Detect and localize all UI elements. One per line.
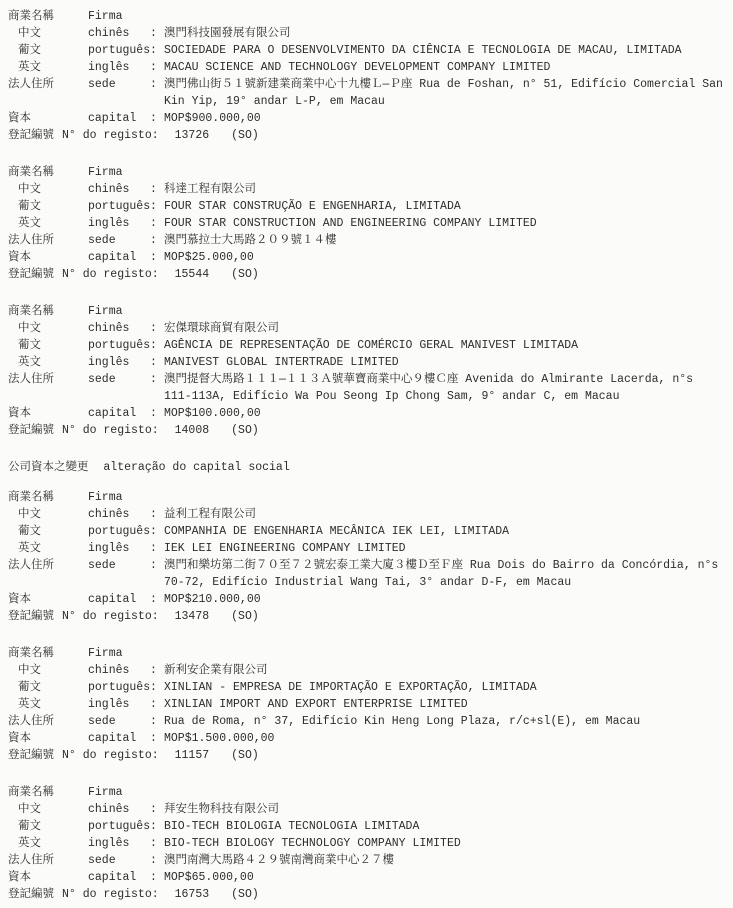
company-name-pt: BIO-TECH BIOLOGIA TECNOLOGIA LIMITADA	[164, 818, 727, 835]
english-label-zh: 英文	[8, 835, 88, 852]
registration-code: (SO)	[231, 886, 259, 903]
portuguese-label-zh: 葡文	[8, 337, 88, 354]
capital-label-zh: 資本	[8, 249, 88, 266]
capital-row: 資本 capital : MOP$1.500.000,00	[8, 730, 727, 747]
registration-label-pt: N° do registo:	[62, 608, 159, 625]
section-heading-pt: alteração do capital social	[103, 461, 289, 474]
company-name-en: MACAU SCIENCE AND TECHNOLOGY DEVELOPMENT…	[164, 59, 727, 76]
firm-label-pt: Firma	[88, 8, 150, 25]
colon: :	[150, 354, 164, 371]
capital-row: 資本 capital : MOP$25.000,00	[8, 249, 727, 266]
portuguese-name-row: 葡文 português : SOCIEDADE PARA O DESENVOL…	[8, 42, 727, 59]
firm-label-zh: 商業名稱	[8, 489, 88, 506]
address-label-zh: 法人住所	[8, 557, 88, 574]
company-address: Rua de Roma, n° 37, Edifício Kin Heng Lo…	[164, 713, 727, 730]
chinese-label-pt: chinês	[88, 662, 150, 679]
address-label-pt: sede	[88, 232, 150, 249]
colon: :	[150, 371, 164, 388]
address-label-pt: sede	[88, 371, 150, 388]
firm-label-zh: 商業名稱	[8, 784, 88, 801]
colon: :	[150, 76, 164, 93]
colon: :	[150, 249, 164, 266]
firm-label-pt: Firma	[88, 164, 150, 181]
company-address: 澳門慕拉士大馬路２０９號１４樓	[164, 232, 727, 249]
registration-label-pt: N° do registo:	[62, 127, 159, 144]
english-label-pt: inglês	[88, 215, 150, 232]
colon: :	[150, 405, 164, 422]
colon: :	[150, 198, 164, 215]
english-name-row: 英文 inglês : MACAU SCIENCE AND TECHNOLOGY…	[8, 59, 727, 76]
address-row: 法人住所 sede : 澳門和樂坊第二街７０至７２號宏泰工業大廈３樓Ｄ至Ｆ座 R…	[8, 557, 727, 591]
english-name-row: 英文 inglês : IEK LEI ENGINEERING COMPANY …	[8, 540, 727, 557]
capital-label-zh: 資本	[8, 730, 88, 747]
registration-label-zh: 登記編號	[8, 422, 62, 439]
portuguese-label-zh: 葡文	[8, 679, 88, 696]
address-label-zh: 法人住所	[8, 852, 88, 869]
english-name-row: 英文 inglês : FOUR STAR CONSTRUCTION AND E…	[8, 215, 727, 232]
address-row: 法人住所 sede : 澳門慕拉士大馬路２０９號１４樓	[8, 232, 727, 249]
registration-label-zh: 登記編號	[8, 266, 62, 283]
portuguese-label-zh: 葡文	[8, 818, 88, 835]
english-label-pt: inglês	[88, 696, 150, 713]
address-row: 法人住所 sede : Rua de Roma, n° 37, Edifício…	[8, 713, 727, 730]
registration-number: 13478	[175, 608, 210, 625]
chinese-name-row: 中文 chinês : 拜安生物科技有限公司	[8, 801, 727, 818]
company-name-zh: 宏傑環球商貿有限公司	[164, 320, 727, 337]
company-name-en: IEK LEI ENGINEERING COMPANY LIMITED	[164, 540, 727, 557]
capital-label-pt: capital	[88, 730, 150, 747]
company-record: 商業名稱 Firma 中文 chinês : 澳門科技園發展有限公司 葡文 po…	[8, 8, 727, 144]
portuguese-name-row: 葡文 português : BIO-TECH BIOLOGIA TECNOLO…	[8, 818, 727, 835]
capital-row: 資本 capital : MOP$65.000,00	[8, 869, 727, 886]
address-label-zh: 法人住所	[8, 76, 88, 93]
company-address: 澳門佛山街５１號新建業商業中心十九樓Ｌ—Ｐ座 Rua de Foshan, n°…	[164, 76, 727, 110]
firm-row: 商業名稱 Firma	[8, 489, 727, 506]
company-address: 澳門和樂坊第二街７０至７２號宏泰工業大廈３樓Ｄ至Ｆ座 Rua Dois do B…	[164, 557, 727, 591]
registration-code: (SO)	[231, 127, 259, 144]
company-record: 商業名稱 Firma 中文 chinês : 新利安企業有限公司 葡文 port…	[8, 645, 727, 764]
firm-row: 商業名稱 Firma	[8, 164, 727, 181]
registration-code: (SO)	[231, 266, 259, 283]
company-name-pt: SOCIEDADE PARA O DESENVOLVIMENTO DA CIÊN…	[164, 42, 727, 59]
colon: :	[150, 835, 164, 852]
registration-label-zh: 登記編號	[8, 747, 62, 764]
colon: :	[150, 869, 164, 886]
company-address: 澳門提督大馬路１１１—１１３Ａ號華寶商業中心９樓Ｃ座 Avenida do Al…	[164, 371, 727, 405]
company-name-zh: 科達工程有限公司	[164, 181, 727, 198]
chinese-label-pt: chinês	[88, 320, 150, 337]
address-row: 法人住所 sede : 澳門提督大馬路１１１—１１３Ａ號華寶商業中心９樓Ｃ座 A…	[8, 371, 727, 405]
colon: :	[150, 215, 164, 232]
english-name-row: 英文 inglês : XINLIAN IMPORT AND EXPORT EN…	[8, 696, 727, 713]
chinese-label-zh: 中文	[8, 506, 88, 523]
firm-label-pt: Firma	[88, 489, 150, 506]
chinese-label-zh: 中文	[8, 801, 88, 818]
company-record: 商業名稱 Firma 中文 chinês : 益利工程有限公司 葡文 portu…	[8, 489, 727, 625]
chinese-label-pt: chinês	[88, 181, 150, 198]
company-name-pt: XINLIAN - EMPRESA DE IMPORTAÇÃO E EXPORT…	[164, 679, 727, 696]
registration-code: (SO)	[231, 422, 259, 439]
company-name-en: FOUR STAR CONSTRUCTION AND ENGINEERING C…	[164, 215, 727, 232]
company-record: 商業名稱 Firma 中文 chinês : 宏傑環球商貿有限公司 葡文 por…	[8, 303, 727, 439]
registration-row: 登記編號 N° do registo: 13478 (SO)	[8, 608, 727, 625]
colon: :	[150, 801, 164, 818]
registration-number: 16753	[175, 886, 210, 903]
registration-code: (SO)	[231, 608, 259, 625]
portuguese-label-pt: português	[88, 523, 150, 540]
company-name-pt: AGÊNCIA DE REPRESENTAÇÃO DE COMÉRCIO GER…	[164, 337, 727, 354]
firm-label-zh: 商業名稱	[8, 645, 88, 662]
firm-row: 商業名稱 Firma	[8, 645, 727, 662]
portuguese-label-pt: português	[88, 679, 150, 696]
company-name-pt: FOUR STAR CONSTRUÇÃO E ENGENHARIA, LIMIT…	[164, 198, 727, 215]
chinese-label-zh: 中文	[8, 320, 88, 337]
registration-row: 登記編號 N° do registo: 11157 (SO)	[8, 747, 727, 764]
english-label-pt: inglês	[88, 540, 150, 557]
capital-label-pt: capital	[88, 249, 150, 266]
registration-number: 11157	[175, 747, 210, 764]
registration-label-pt: N° do registo:	[62, 747, 159, 764]
company-name-en: MANIVEST GLOBAL INTERTRADE LIMITED	[164, 354, 727, 371]
company-capital: MOP$25.000,00	[164, 249, 727, 266]
capital-row: 資本 capital : MOP$100.000,00	[8, 405, 727, 422]
portuguese-label-pt: português	[88, 818, 150, 835]
capital-label-pt: capital	[88, 591, 150, 608]
colon: :	[150, 662, 164, 679]
english-label-zh: 英文	[8, 59, 88, 76]
chinese-label-zh: 中文	[8, 25, 88, 42]
registration-label-pt: N° do registo:	[62, 266, 159, 283]
firm-label-zh: 商業名稱	[8, 8, 88, 25]
firm-label-pt: Firma	[88, 303, 150, 320]
english-label-zh: 英文	[8, 215, 88, 232]
registration-number: 14008	[175, 422, 210, 439]
english-name-row: 英文 inglês : MANIVEST GLOBAL INTERTRADE L…	[8, 354, 727, 371]
firm-label-pt: Firma	[88, 784, 150, 801]
english-label-zh: 英文	[8, 696, 88, 713]
capital-label-zh: 資本	[8, 869, 88, 886]
english-name-row: 英文 inglês : BIO-TECH BIOLOGY TECHNOLOGY …	[8, 835, 727, 852]
capital-label-zh: 資本	[8, 405, 88, 422]
chinese-label-zh: 中文	[8, 662, 88, 679]
colon: :	[150, 523, 164, 540]
address-label-pt: sede	[88, 557, 150, 574]
capital-row: 資本 capital : MOP$210.000,00	[8, 591, 727, 608]
portuguese-label-pt: português	[88, 337, 150, 354]
registration-number: 15544	[175, 266, 210, 283]
english-label-zh: 英文	[8, 354, 88, 371]
company-capital: MOP$100.000,00	[164, 405, 727, 422]
english-label-pt: inglês	[88, 354, 150, 371]
registration-code: (SO)	[231, 747, 259, 764]
section-heading-zh: 公司資本之變更	[8, 461, 89, 474]
registration-label-pt: N° do registo:	[62, 886, 159, 903]
capital-label-zh: 資本	[8, 110, 88, 127]
portuguese-label-zh: 葡文	[8, 523, 88, 540]
address-label-zh: 法人住所	[8, 232, 88, 249]
registration-row: 登記編號 N° do registo: 13726 (SO)	[8, 127, 727, 144]
colon: :	[150, 320, 164, 337]
address-row: 法人住所 sede : 澳門佛山街５１號新建業商業中心十九樓Ｌ—Ｐ座 Rua d…	[8, 76, 727, 110]
firm-label-zh: 商業名稱	[8, 164, 88, 181]
registration-label-zh: 登記編號	[8, 608, 62, 625]
chinese-name-row: 中文 chinês : 澳門科技園發展有限公司	[8, 25, 727, 42]
portuguese-label-zh: 葡文	[8, 198, 88, 215]
capital-row: 資本 capital : MOP$900.000,00	[8, 110, 727, 127]
registration-number: 13726	[175, 127, 210, 144]
company-name-en: XINLIAN IMPORT AND EXPORT ENTERPRISE LIM…	[164, 696, 727, 713]
company-name-zh: 新利安企業有限公司	[164, 662, 727, 679]
english-label-zh: 英文	[8, 540, 88, 557]
chinese-label-pt: chinês	[88, 801, 150, 818]
colon: :	[150, 679, 164, 696]
company-record: 商業名稱 Firma 中文 chinês : 科達工程有限公司 葡文 portu…	[8, 164, 727, 283]
registration-label-zh: 登記編號	[8, 127, 62, 144]
colon: :	[150, 110, 164, 127]
colon: :	[150, 696, 164, 713]
firm-row: 商業名稱 Firma	[8, 303, 727, 320]
firm-label-pt: Firma	[88, 645, 150, 662]
colon: :	[150, 818, 164, 835]
colon: :	[150, 713, 164, 730]
company-name-pt: COMPANHIA DE ENGENHARIA MECÂNICA IEK LEI…	[164, 523, 727, 540]
colon: :	[150, 852, 164, 869]
registration-row: 登記編號 N° do registo: 16753 (SO)	[8, 886, 727, 903]
colon: :	[150, 730, 164, 747]
registration-label-zh: 登記編號	[8, 886, 62, 903]
company-record: 商業名稱 Firma 中文 chinês : 拜安生物科技有限公司 葡文 por…	[8, 784, 727, 903]
registration-row: 登記編號 N° do registo: 14008 (SO)	[8, 422, 727, 439]
company-name-zh: 拜安生物科技有限公司	[164, 801, 727, 818]
firm-row: 商業名稱 Firma	[8, 784, 727, 801]
company-capital: MOP$900.000,00	[164, 110, 727, 127]
address-label-pt: sede	[88, 713, 150, 730]
portuguese-name-row: 葡文 português : XINLIAN - EMPRESA DE IMPO…	[8, 679, 727, 696]
address-row: 法人住所 sede : 澳門南灣大馬路４２９號南灣商業中心２７樓	[8, 852, 727, 869]
chinese-name-row: 中文 chinês : 宏傑環球商貿有限公司	[8, 320, 727, 337]
portuguese-name-row: 葡文 português : COMPANHIA DE ENGENHARIA M…	[8, 523, 727, 540]
colon: :	[150, 540, 164, 557]
capital-label-zh: 資本	[8, 591, 88, 608]
company-capital: MOP$65.000,00	[164, 869, 727, 886]
company-capital: MOP$1.500.000,00	[164, 730, 727, 747]
portuguese-label-pt: português	[88, 42, 150, 59]
company-name-zh: 益利工程有限公司	[164, 506, 727, 523]
company-address: 澳門南灣大馬路４２９號南灣商業中心２７樓	[164, 852, 727, 869]
colon: :	[150, 557, 164, 574]
colon: :	[150, 337, 164, 354]
firm-row: 商業名稱 Firma	[8, 8, 727, 25]
english-label-pt: inglês	[88, 835, 150, 852]
colon: :	[150, 42, 164, 59]
portuguese-label-pt: português	[88, 198, 150, 215]
address-label-pt: sede	[88, 76, 150, 93]
address-label-zh: 法人住所	[8, 713, 88, 730]
chinese-name-row: 中文 chinês : 科達工程有限公司	[8, 181, 727, 198]
colon: :	[150, 232, 164, 249]
address-label-zh: 法人住所	[8, 371, 88, 388]
portuguese-name-row: 葡文 português : FOUR STAR CONSTRUÇÃO E EN…	[8, 198, 727, 215]
chinese-name-row: 中文 chinês : 益利工程有限公司	[8, 506, 727, 523]
chinese-label-pt: chinês	[88, 25, 150, 42]
colon: :	[150, 181, 164, 198]
chinese-label-zh: 中文	[8, 181, 88, 198]
capital-label-pt: capital	[88, 110, 150, 127]
chinese-name-row: 中文 chinês : 新利安企業有限公司	[8, 662, 727, 679]
address-label-pt: sede	[88, 852, 150, 869]
capital-label-pt: capital	[88, 405, 150, 422]
registration-row: 登記編號 N° do registo: 15544 (SO)	[8, 266, 727, 283]
colon: :	[150, 506, 164, 523]
section-heading: 公司資本之變更 alteração do capital social	[8, 459, 727, 476]
colon: :	[150, 591, 164, 608]
colon: :	[150, 59, 164, 76]
chinese-label-pt: chinês	[88, 506, 150, 523]
firm-label-zh: 商業名稱	[8, 303, 88, 320]
capital-label-pt: capital	[88, 869, 150, 886]
colon: :	[150, 25, 164, 42]
company-name-zh: 澳門科技園發展有限公司	[164, 25, 727, 42]
portuguese-label-zh: 葡文	[8, 42, 88, 59]
portuguese-name-row: 葡文 português : AGÊNCIA DE REPRESENTAÇÃO …	[8, 337, 727, 354]
english-label-pt: inglês	[88, 59, 150, 76]
company-capital: MOP$210.000,00	[164, 591, 727, 608]
company-name-en: BIO-TECH BIOLOGY TECHNOLOGY COMPANY LIMI…	[164, 835, 727, 852]
registration-label-pt: N° do registo:	[62, 422, 159, 439]
